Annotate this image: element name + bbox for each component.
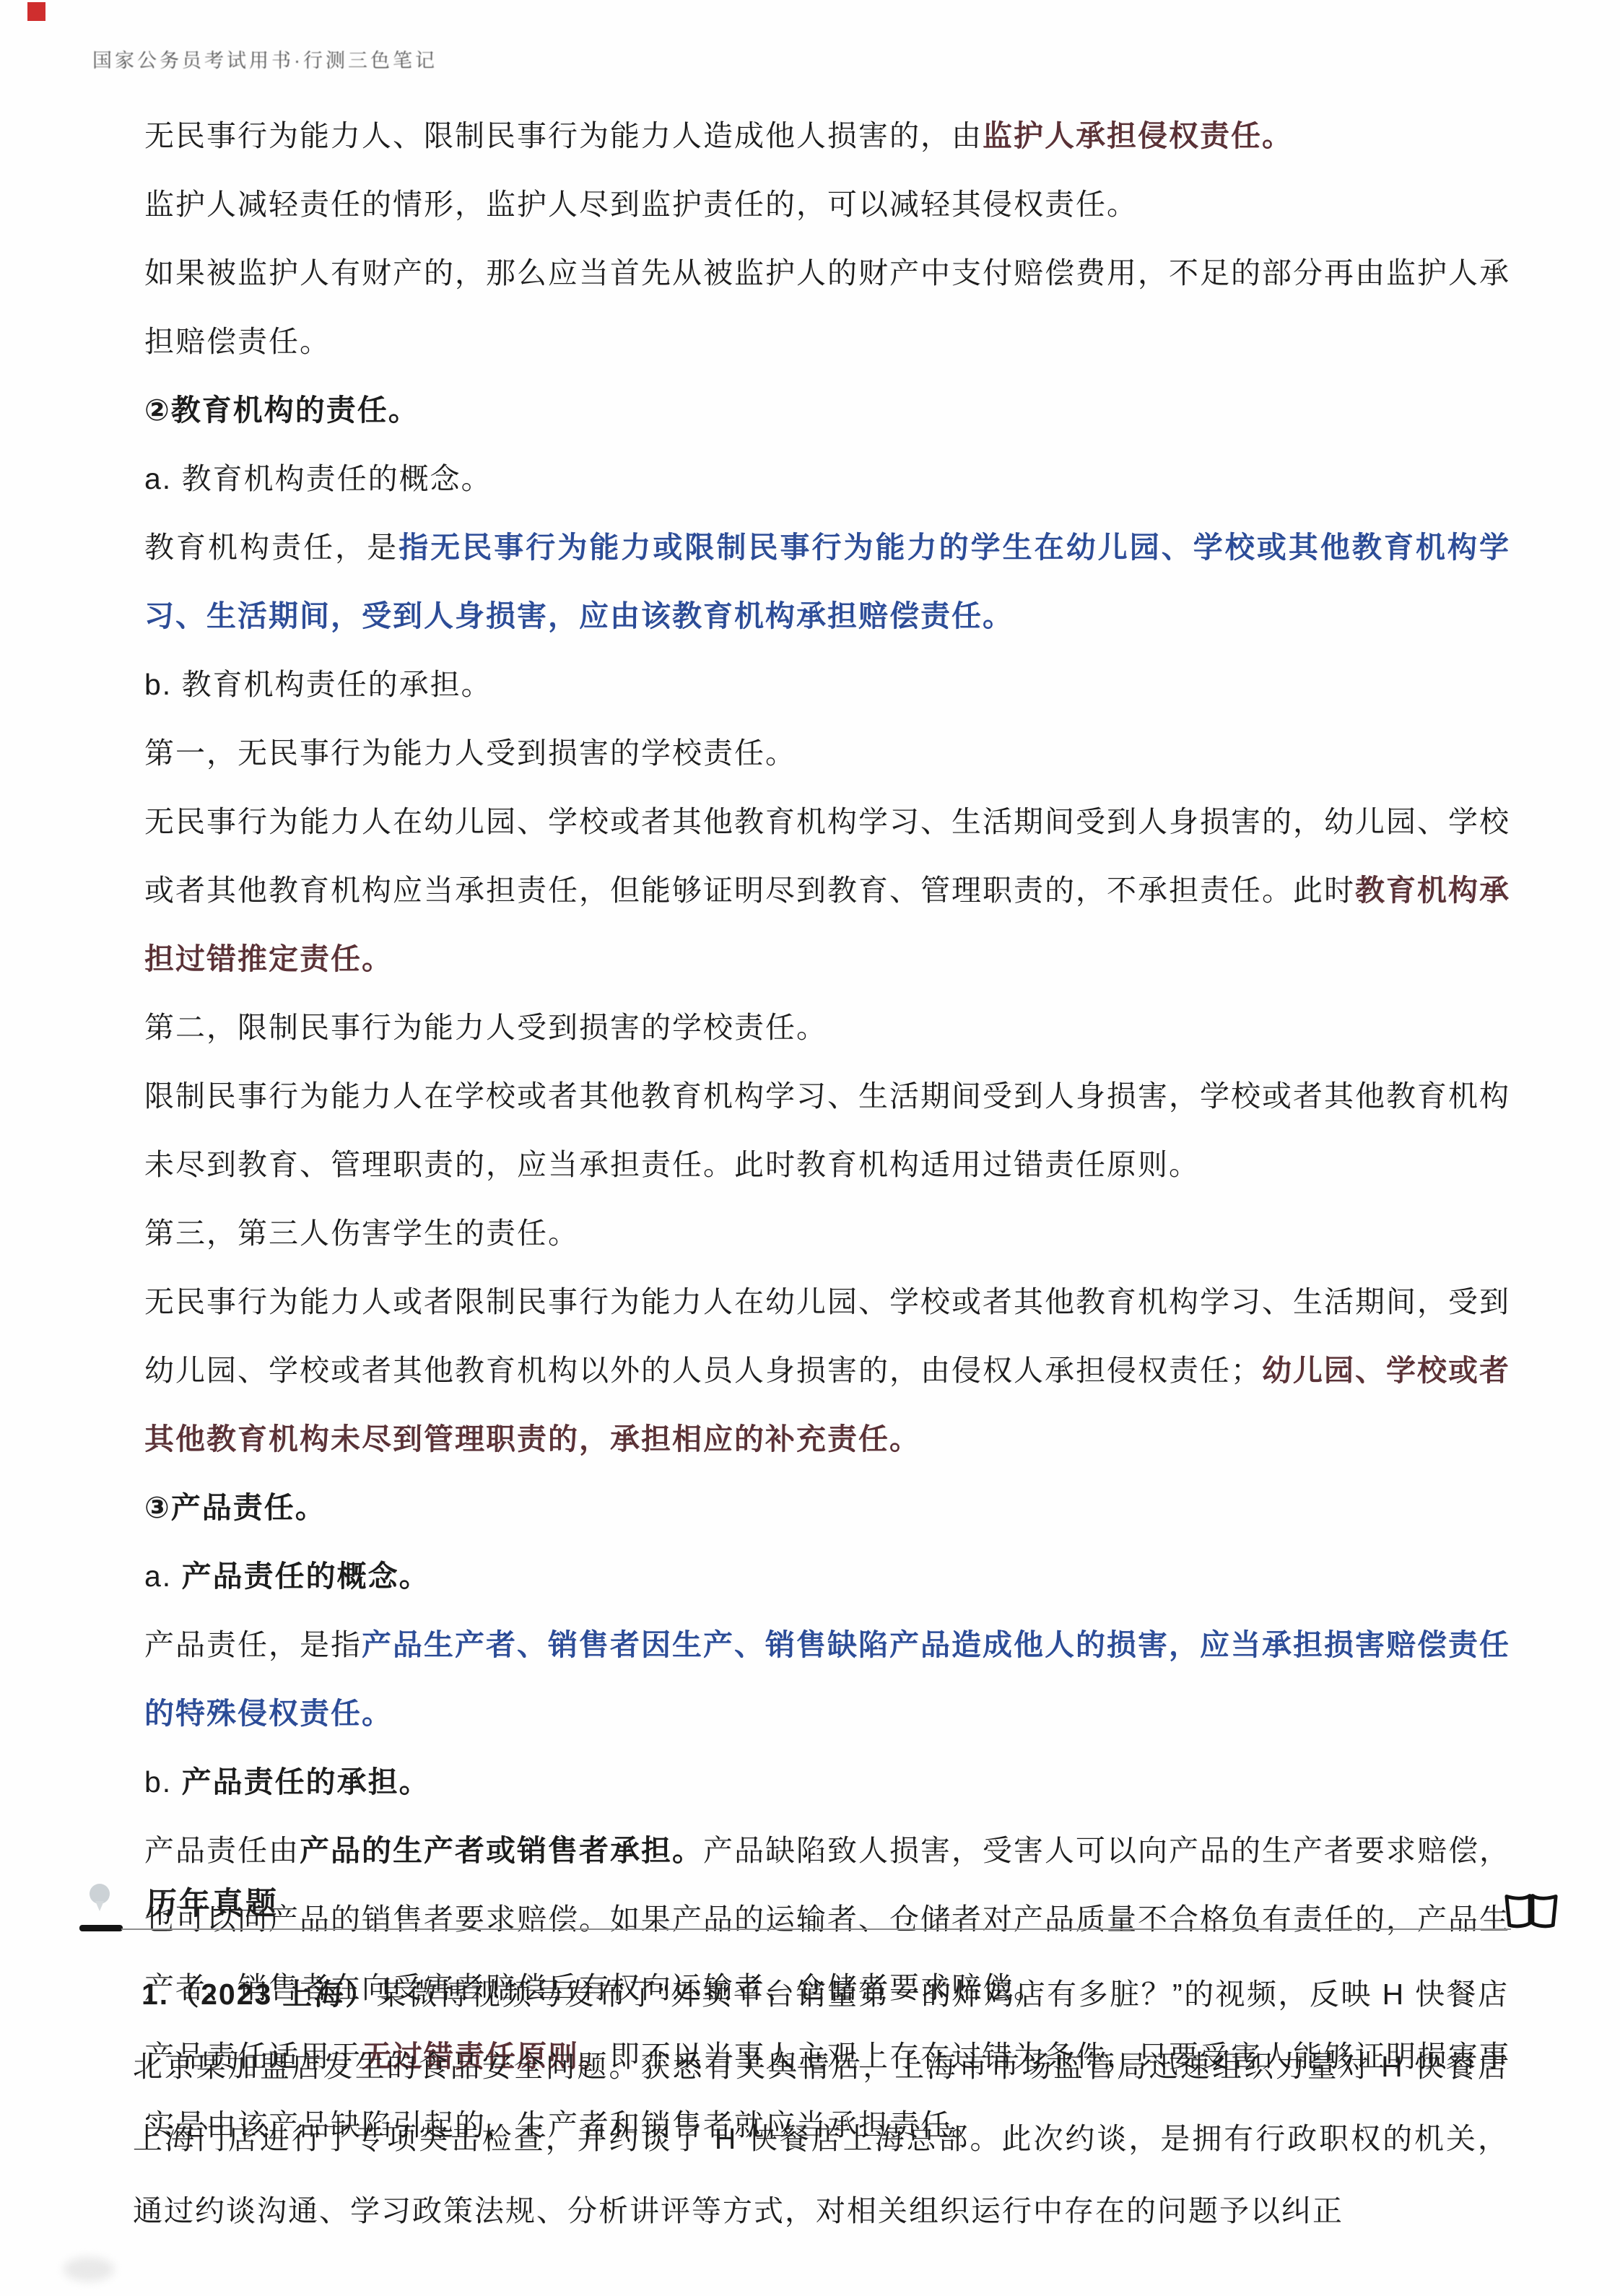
paragraph: 第二，限制民事行为能力人受到损害的学校责任。 bbox=[144, 993, 1510, 1062]
paragraph: ③产品责任。 bbox=[144, 1474, 1510, 1542]
paragraph: 限制民事行为能力人在学校或者其他教育机构学习、生活期间受到人身损害，学校或者其他… bbox=[144, 1062, 1510, 1199]
book-page: 国家公务员考试用书·行测三色笔记 无民事行为能力人、限制民事行为能力人造成他人损… bbox=[0, 0, 1620, 2296]
open-book-icon bbox=[1503, 1890, 1559, 1930]
text-run-normal: 如果被监护人有财产的，那么应当首先从被监护人的财产中支付赔偿费用，不足的部分再由… bbox=[144, 256, 1510, 358]
paragraph: b. 教育机构责任的承担。 bbox=[144, 651, 1510, 719]
body-content: 无民事行为能力人、限制民事行为能力人造成他人损害的，由监护人承担侵权责任。监护人… bbox=[144, 102, 1510, 2160]
text-run-bold: 产品责任的承担。 bbox=[182, 1765, 430, 1799]
text-run-normal: 监护人减轻责任的情形，监护人尽到监护责任的，可以减轻其侵权责任。 bbox=[144, 188, 1138, 221]
text-run-normal: 第一，无民事行为能力人受到损害的学校责任。 bbox=[144, 736, 796, 770]
paragraph: 无民事行为能力人在幼儿园、学校或者其他教育机构学习、生活期间受到人身损害的，幼儿… bbox=[144, 788, 1510, 993]
paragraph: 产品责任，是指产品生产者、销售者因生产、销售缺陷产品造成他人的损害，应当承担损害… bbox=[144, 1611, 1510, 1748]
scan-smudge bbox=[64, 2257, 114, 2282]
paragraph: 无民事行为能力人或者限制民事行为能力人在幼儿园、学校或者其他教育机构学习、生活期… bbox=[144, 1268, 1510, 1474]
paragraph: 教育机构责任，是指无民事行为能力或限制民事行为能力的学生在幼儿园、学校或其他教育… bbox=[144, 513, 1510, 651]
text-run-normal: 无民事行为能力人在幼儿园、学校或者其他教育机构学习、生活期间受到人身损害的，幼儿… bbox=[144, 805, 1510, 907]
text-run-normal: 产品责任，是指 bbox=[144, 1628, 362, 1661]
text-run-normal: 某微博视频号发布了“外卖平台销量第一的炸鸡店有多脏？”的视频，反映 H 快餐店北… bbox=[133, 1978, 1509, 2227]
text-run-normal: 产品责任由 bbox=[144, 1834, 300, 1867]
text-run-bold: 产品责任的概念。 bbox=[182, 1560, 430, 1593]
text-run-normal: 第二，限制民事行为能力人受到损害的学校责任。 bbox=[144, 1011, 827, 1044]
lightbulb-icon bbox=[90, 1884, 110, 1904]
section-header: 历年真题 bbox=[0, 1874, 1620, 1960]
paragraph: 如果被监护人有财产的，那么应当首先从被监护人的财产中支付赔偿费用，不足的部分再由… bbox=[144, 239, 1510, 376]
text-run-normal: a. 教育机构责任的概念。 bbox=[144, 462, 492, 495]
text-run-bold: ③产品责任。 bbox=[144, 1491, 326, 1524]
text-run-bold: 1.（2023 上海） bbox=[141, 1978, 377, 2011]
exam-question: 1.（2023 上海）某微博视频号发布了“外卖平台销量第一的炸鸡店有多脏？”的视… bbox=[133, 1958, 1509, 2247]
text-run-bold: ②教育机构的责任。 bbox=[144, 393, 419, 427]
paragraph: a. 教育机构责任的概念。 bbox=[144, 445, 1510, 513]
text-run-normal: 教育机构责任，是 bbox=[144, 531, 399, 564]
text-run-normal: 无民事行为能力人、限制民事行为能力人造成他人损害的，由 bbox=[144, 119, 983, 152]
text-run-bold: 产品的生产者或销售者承担。 bbox=[300, 1834, 703, 1867]
running-header: 国家公务员考试用书·行测三色笔记 bbox=[92, 45, 437, 73]
paragraph: b. 产品责任的承担。 bbox=[144, 1748, 1510, 1817]
paragraph: 第一，无民事行为能力人受到损害的学校责任。 bbox=[144, 719, 1510, 788]
text-run-normal: a. bbox=[144, 1560, 182, 1593]
section-divider-line bbox=[121, 1928, 1511, 1930]
paragraph: 无民事行为能力人、限制民事行为能力人造成他人损害的，由监护人承担侵权责任。 bbox=[144, 102, 1510, 170]
paragraph: ②教育机构的责任。 bbox=[144, 376, 1510, 445]
text-run-normal: 限制民事行为能力人在学校或者其他教育机构学习、生活期间受到人身损害，学校或者其他… bbox=[144, 1079, 1510, 1181]
paragraph: a. 产品责任的概念。 bbox=[144, 1542, 1510, 1611]
red-corner-mark bbox=[27, 2, 45, 21]
paragraph: 第三，第三人伤害学生的责任。 bbox=[144, 1199, 1510, 1268]
paragraph: 监护人减轻责任的情形，监护人尽到监护责任的，可以减轻其侵权责任。 bbox=[144, 170, 1510, 239]
text-run-normal: b. bbox=[144, 1765, 182, 1799]
text-run-red: 监护人承担侵权责任。 bbox=[983, 119, 1293, 152]
section-underline-bar bbox=[79, 1925, 123, 1931]
text-run-normal: b. 教育机构责任的承担。 bbox=[144, 668, 492, 701]
section-title: 历年真题 bbox=[146, 1879, 279, 1923]
text-run-normal: 第三，第三人伤害学生的责任。 bbox=[144, 1217, 579, 1250]
